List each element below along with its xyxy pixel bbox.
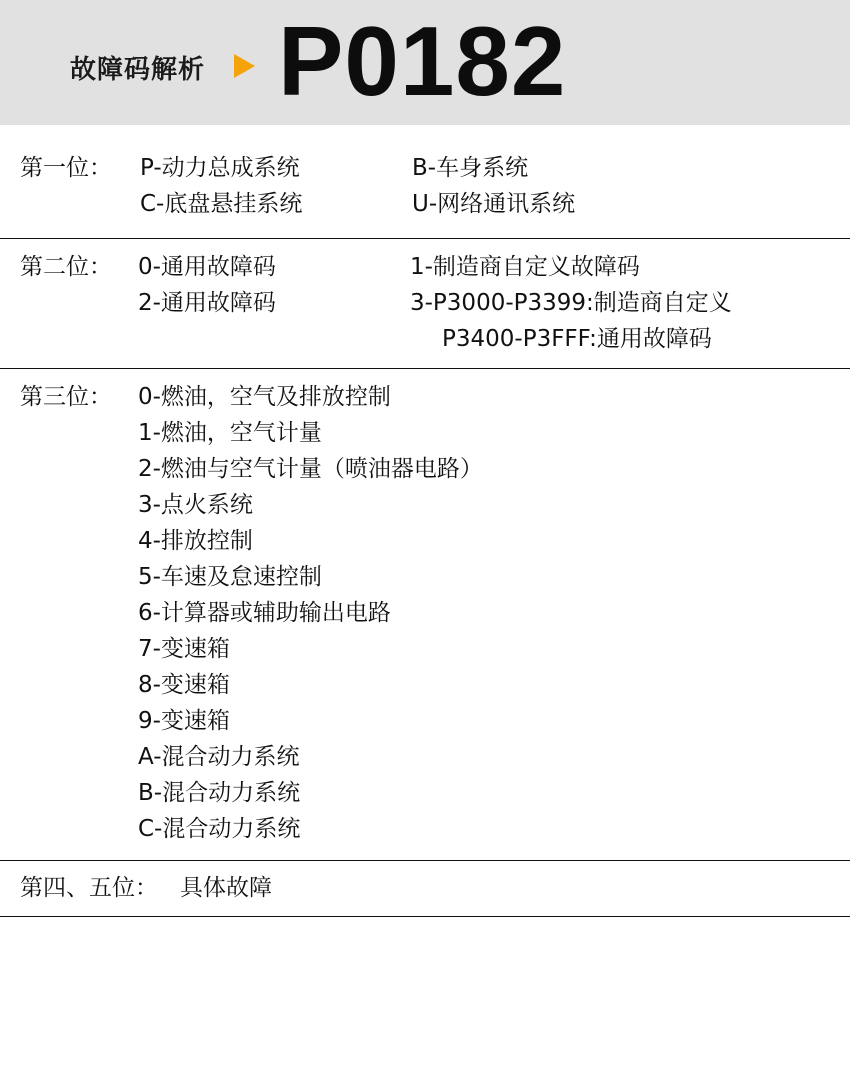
divider — [0, 368, 850, 369]
divider — [0, 238, 850, 239]
list-item: 1-燃油，空气计量 — [138, 415, 322, 451]
fault-code: P0182 — [278, 12, 566, 110]
list-item: B-混合动力系统 — [138, 775, 300, 811]
list-item: 0-燃油，空气及排放控制 — [138, 379, 391, 415]
list-item: 具体故障 — [180, 870, 272, 906]
list-item: 0-通用故障码 — [138, 249, 276, 285]
section-label: 第四、五位： — [20, 870, 158, 906]
triangle-right-icon — [234, 54, 255, 78]
list-item: 5-车速及怠速控制 — [138, 559, 322, 595]
header-label: 故障码解析 — [70, 49, 205, 86]
list-item: C-底盘悬挂系统 — [140, 186, 302, 222]
list-item: 7-变速箱 — [138, 631, 230, 667]
list-item: U-网络通讯系统 — [412, 186, 575, 222]
section-label: 第一位： — [20, 150, 112, 186]
list-item: 4-排放控制 — [138, 523, 253, 559]
divider — [0, 916, 850, 917]
list-item: P3400-P3FFF:通用故障码 — [442, 321, 712, 357]
list-item: P-动力总成系统 — [140, 150, 300, 186]
header-banner: 故障码解析 P0182 — [0, 0, 850, 125]
section-label: 第三位： — [20, 379, 112, 415]
list-item: A-混合动力系统 — [138, 739, 300, 775]
list-item: 3-点火系统 — [138, 487, 253, 523]
list-item: 8-变速箱 — [138, 667, 230, 703]
list-item: 3-P3000-P3399:制造商自定义 — [410, 285, 732, 321]
list-item: 6-计算器或辅助输出电路 — [138, 595, 391, 631]
list-item: 1-制造商自定义故障码 — [410, 249, 640, 285]
list-item: B-车身系统 — [412, 150, 528, 186]
divider — [0, 860, 850, 861]
section-label: 第二位： — [20, 249, 112, 285]
list-item: 2-燃油与空气计量（喷油器电路） — [138, 451, 483, 487]
list-item: C-混合动力系统 — [138, 811, 300, 847]
list-item: 9-变速箱 — [138, 703, 230, 739]
list-item: 2-通用故障码 — [138, 285, 276, 321]
